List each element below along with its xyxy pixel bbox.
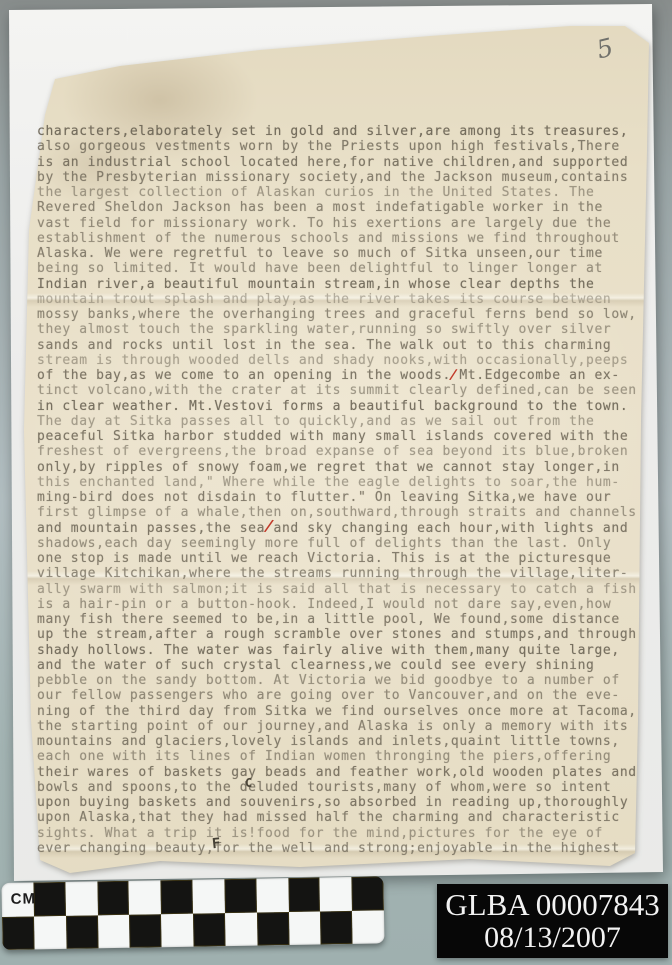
scale-cell-black bbox=[97, 881, 129, 915]
typed-line: their wares of baskets gay beads and fea… bbox=[37, 765, 645, 780]
typed-line: the largest collection of Alaskan curios… bbox=[37, 185, 645, 200]
typed-line: each one with its lines of Indian women … bbox=[37, 749, 645, 764]
typed-line: ally swarm with salmon;it is said all th… bbox=[37, 582, 645, 597]
scale-cell-white bbox=[320, 877, 352, 911]
pencil-overstrike-f: F bbox=[211, 837, 221, 852]
scale-cell-black bbox=[66, 915, 98, 949]
typed-overstrike-c: C bbox=[245, 777, 252, 789]
typed-line: mossy banks,where the overhanging trees … bbox=[37, 307, 645, 322]
typed-text-block: characters,elaborately set in gold and s… bbox=[37, 124, 645, 856]
typed-line: of the bay,as we come to an opening in t… bbox=[37, 368, 645, 383]
typed-line: they almost touch the sparkling water,ru… bbox=[37, 322, 645, 337]
typed-line: first glimpse of a whale,then on,southwa… bbox=[37, 505, 645, 520]
typed-line: and the water of such crystal clearness,… bbox=[37, 658, 645, 673]
scale-cell-black bbox=[129, 914, 161, 948]
scale-cell-black bbox=[257, 911, 289, 945]
typed-line: ming-bird does not disdain to flutter." … bbox=[37, 490, 645, 505]
scale-cell-white bbox=[129, 880, 161, 914]
typed-line: many fish there seemed to be,in a little… bbox=[37, 612, 645, 627]
scale-cell-black bbox=[224, 879, 256, 913]
typed-line: shady hollows. The water was fairly aliv… bbox=[37, 643, 645, 658]
typed-line: sights. What a trip it is!food for the m… bbox=[37, 826, 645, 841]
scale-cell-black bbox=[161, 880, 193, 914]
scale-cell-black bbox=[352, 876, 384, 910]
scale-cell-white bbox=[192, 879, 224, 913]
scale-cell-black bbox=[193, 913, 225, 947]
typed-line: upon Alaska,that they had missed half th… bbox=[37, 810, 645, 825]
typed-line: village Kitchikan,where the streams runn… bbox=[37, 566, 645, 581]
scale-cell-white bbox=[65, 881, 97, 915]
typed-line: is an industrial school located here,for… bbox=[37, 155, 645, 170]
photo-background: 5 characters,elaborately set in gold and… bbox=[0, 0, 672, 965]
typed-line: by the Presbyterian missionary society,a… bbox=[37, 170, 645, 185]
catalog-number: GLBA 00007843 bbox=[445, 888, 659, 922]
typed-line: up the stream,after a rough scramble ove… bbox=[37, 627, 645, 642]
typed-line: one stop is made until we reach Victoria… bbox=[37, 551, 645, 566]
typed-line: in clear weather. Mt.Vestovi forms a bea… bbox=[37, 399, 645, 414]
typed-line: Indian river,a beautiful mountain stream… bbox=[37, 277, 645, 292]
typed-line: shadows,each day seemingly more full of … bbox=[37, 536, 645, 551]
typed-line: mountain trout splash and play,as the ri… bbox=[37, 292, 645, 307]
typed-line: this enchanted land," Where while the ea… bbox=[37, 475, 645, 490]
typed-line: Alaska. We were regretful to leave so mu… bbox=[37, 246, 645, 261]
typed-line: ever changing beauty,for the well and st… bbox=[37, 841, 645, 856]
scale-cell-white bbox=[161, 913, 193, 947]
scale-unit-label: CM bbox=[11, 890, 37, 907]
scale-cell-white bbox=[97, 914, 129, 948]
typed-line: mountains and glaciers,lovely islands an… bbox=[37, 734, 645, 749]
typed-line: is a hair-pin or a button-hook. Indeed,I… bbox=[37, 597, 645, 612]
scale-cell-black bbox=[320, 910, 352, 944]
checkerboard-pattern bbox=[1, 876, 384, 950]
typed-line: being so limited. It would have been del… bbox=[37, 261, 645, 276]
catalog-date: 08/13/2007 bbox=[484, 922, 621, 954]
photo-scale-bar: CM bbox=[1, 876, 384, 950]
scale-cell-black bbox=[288, 877, 320, 911]
typed-line: only,by ripples of snowy foam,we regret … bbox=[37, 460, 645, 475]
typed-line: characters,elaborately set in gold and s… bbox=[37, 124, 645, 139]
typed-line: pebble on the sandy bottom. At Victoria … bbox=[37, 673, 645, 688]
archival-catalog-label: GLBA 00007843 08/13/2007 bbox=[437, 884, 668, 958]
typed-line: establishment of the numerous schools an… bbox=[37, 231, 645, 246]
scale-cell-white bbox=[256, 878, 288, 912]
typed-line: our fellow passengers who are going over… bbox=[37, 688, 645, 703]
typed-line: and mountain passes,the sea and sky chan… bbox=[37, 521, 645, 536]
scale-cell-black bbox=[33, 882, 65, 916]
typed-line: peaceful Sitka harbor studded with many … bbox=[37, 429, 645, 444]
typed-line: bowls and spoons,to the deluded tourists… bbox=[37, 780, 645, 795]
scale-cell-black bbox=[2, 916, 34, 950]
scale-cell-white bbox=[288, 911, 320, 945]
typed-line: The day at Sitka passes all to quickly,a… bbox=[37, 414, 645, 429]
typed-line: also gorgeous vestments worn by the Prie… bbox=[37, 139, 645, 154]
typed-line: Revered Sheldon Jackson has been a most … bbox=[37, 200, 645, 215]
typed-line: upon buying baskets and souvenirs,so abs… bbox=[37, 795, 645, 810]
scale-cell-white bbox=[34, 915, 66, 949]
typed-line: tinct volcano,with the crater at its sum… bbox=[37, 383, 645, 398]
typed-line: freshest of evergreens,the broad expanse… bbox=[37, 444, 645, 459]
scale-cell-white bbox=[225, 912, 257, 946]
typed-line: ning of the third day from Sitka we find… bbox=[37, 704, 645, 719]
typed-line: stream is through wooded dells and shady… bbox=[37, 353, 645, 368]
typed-line: vast field for missionary work. To his e… bbox=[37, 216, 645, 231]
scale-cell-white bbox=[352, 910, 384, 944]
typed-line: sands and rocks until lost in the sea. T… bbox=[37, 338, 645, 353]
typed-line: the starting point of our journey,and Al… bbox=[37, 719, 645, 734]
